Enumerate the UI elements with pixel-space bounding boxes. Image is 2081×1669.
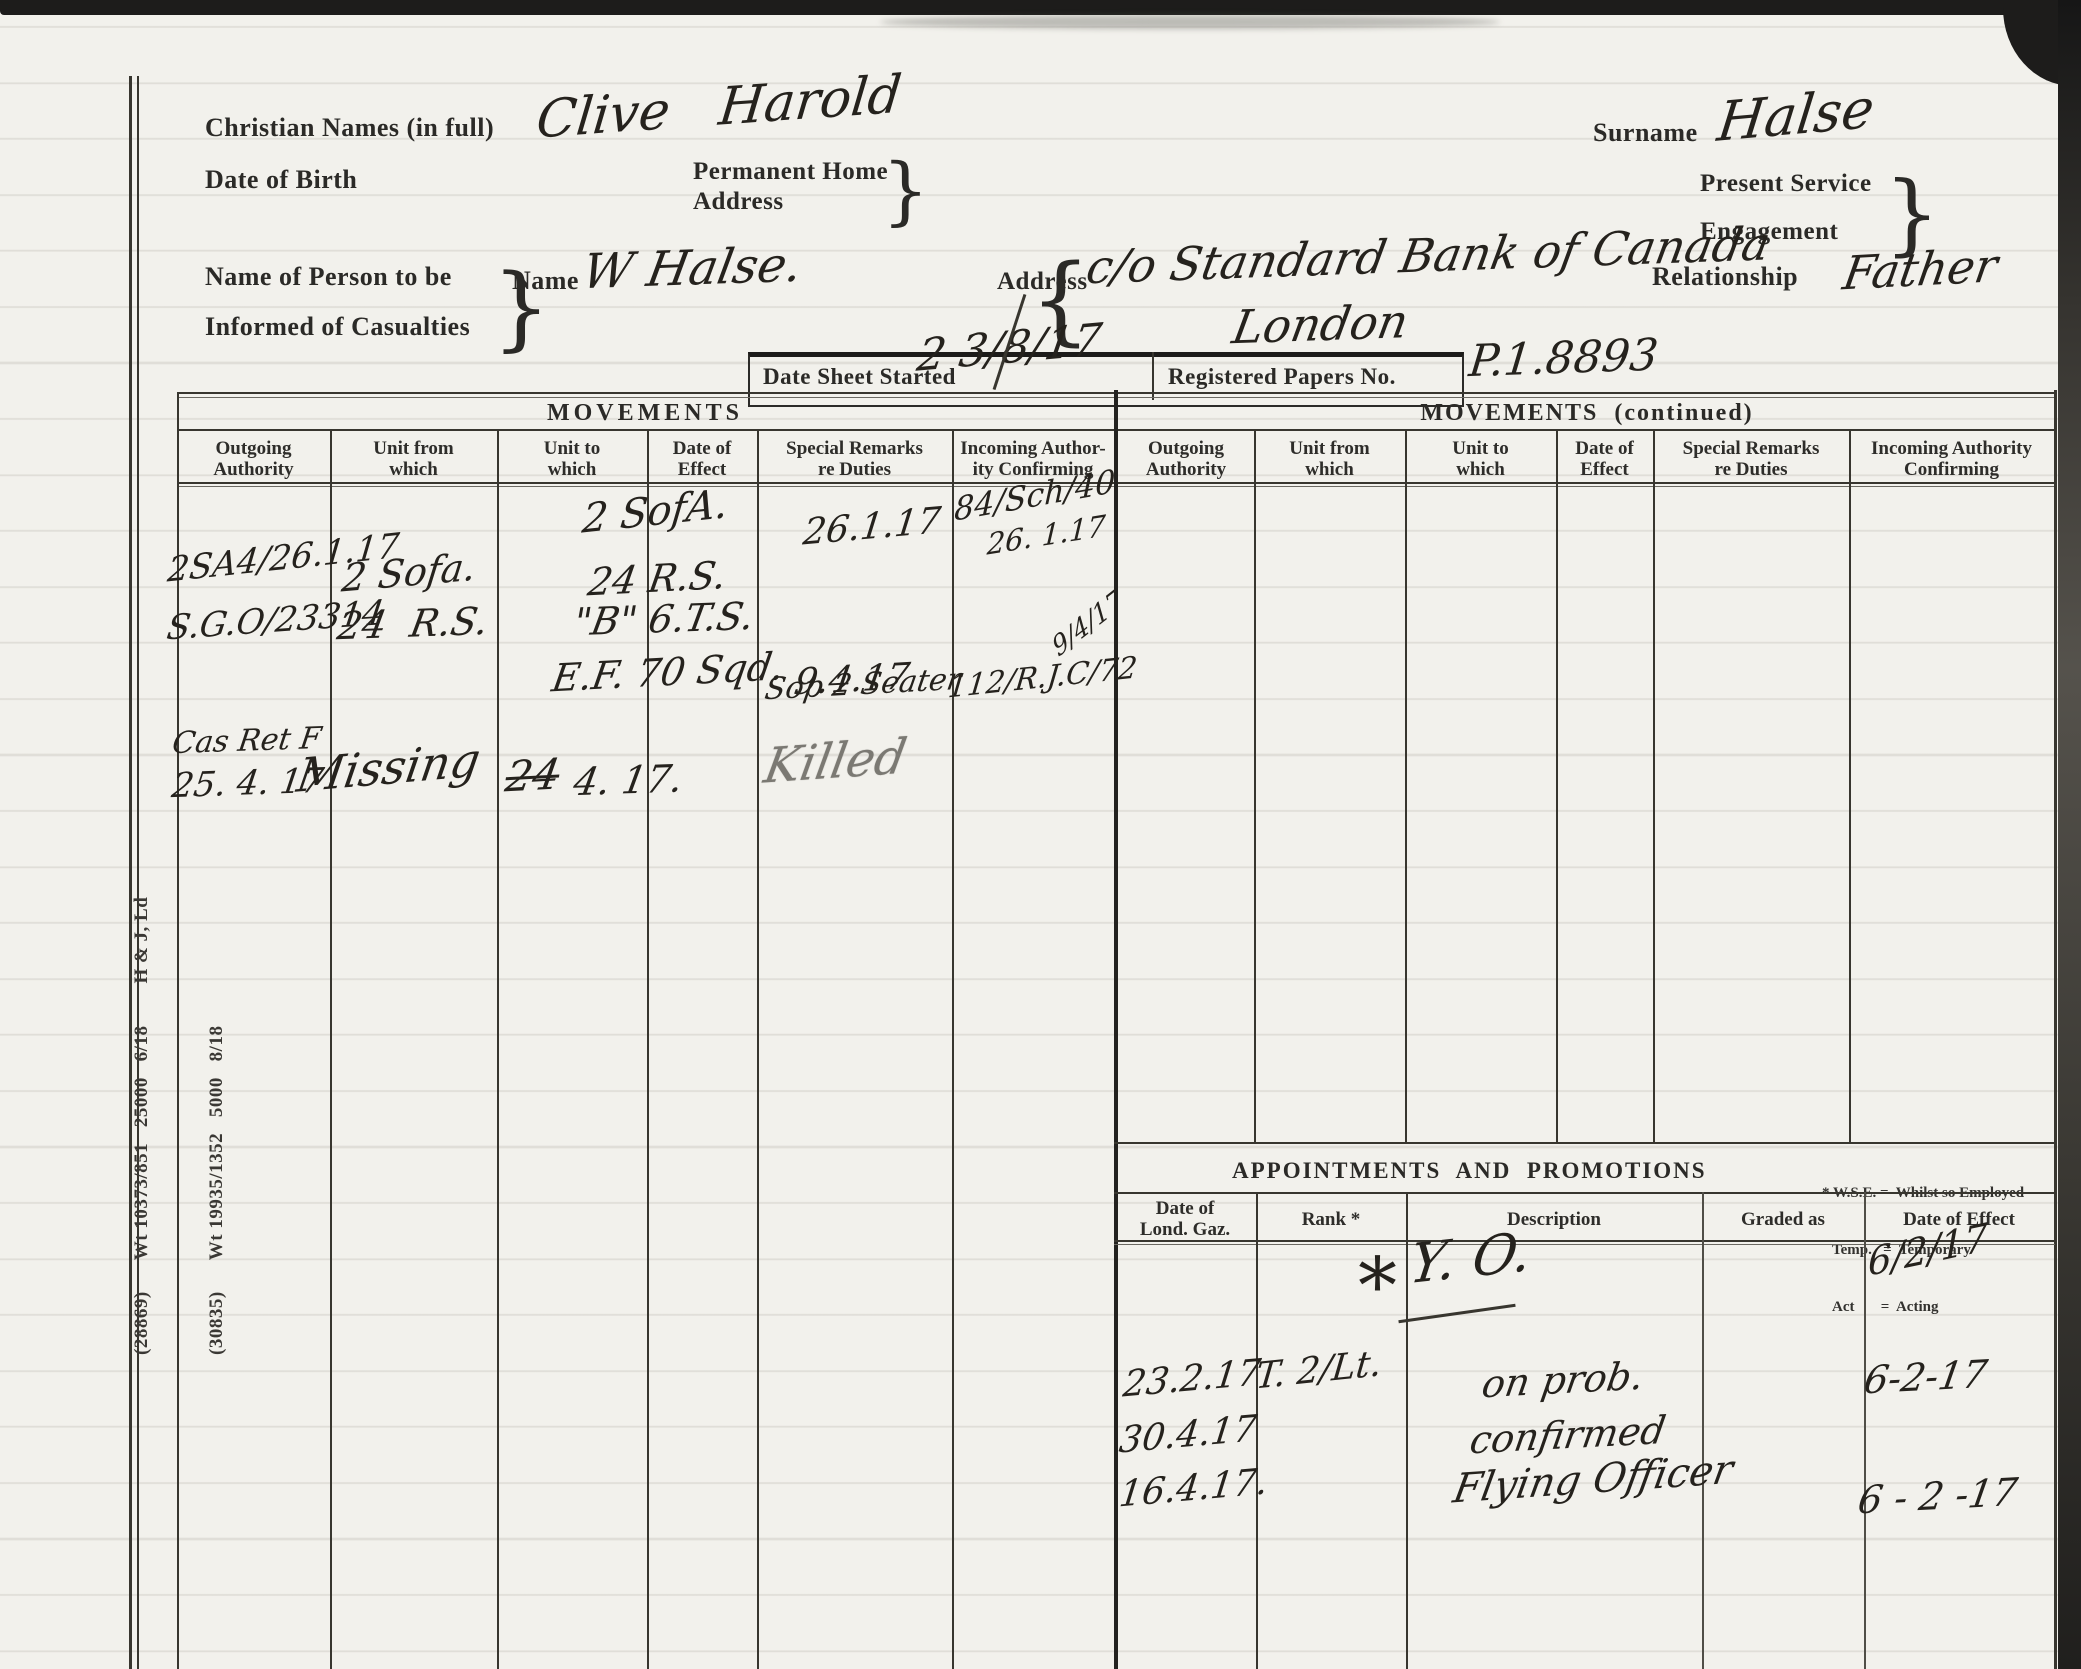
person-informed-label-2: Informed of Casualties [205, 312, 470, 342]
movements-col-2 [497, 429, 499, 1669]
col-header-line: Lond. Gaz. [1140, 1219, 1230, 1240]
col-header-line: Special Remarks [1683, 438, 1820, 459]
col-header-line: which [1456, 459, 1505, 480]
movements2-col-2 [1405, 429, 1407, 1142]
col-header-graded-as: Graded as [1702, 1196, 1864, 1242]
col-header-date-of-effect: Date ofEffect [1556, 436, 1653, 482]
movements-continued-title: MOVEMENTS (continued) [1320, 400, 1854, 427]
movements2-col-4 [1653, 429, 1655, 1142]
col-header-line: Date of [673, 438, 732, 459]
handwritten-entry: 6 - 2 -17 [1855, 1470, 2020, 1523]
col-header-special-remarks: Special Remarksre Duties [757, 436, 952, 482]
scan-edge-top [0, 0, 2081, 15]
col-header-rank: Rank * [1256, 1196, 1406, 1242]
col-header-line: Incoming Author- [960, 438, 1106, 459]
col-header-line: Rank * [1302, 1209, 1361, 1230]
col-header-line: re Duties [818, 459, 891, 480]
appointments-title: APPOINTMENTS AND PROMOTIONS [1232, 1158, 1632, 1184]
handwritten-entry: 24 R.S. [334, 599, 492, 649]
permanent-home-label-2: Address [693, 188, 784, 216]
col-header-line: Authority [213, 459, 293, 480]
col-header-line: Effect [678, 459, 727, 480]
col-header-line: Date of [1156, 1198, 1215, 1219]
handwritten-entry: 4. 17. [570, 756, 687, 804]
handwritten-entry-struck: 24 [502, 749, 563, 801]
star-mark: * [1358, 1242, 1397, 1332]
christian-names-label: Christian Names (in full) [205, 113, 494, 143]
col-header-line: which [389, 459, 438, 480]
col-header-unit-to: Unit towhich [1405, 436, 1556, 482]
registered-papers-value: P.1.8893 [1467, 329, 1661, 387]
col-header-line: Confirming [1904, 459, 1999, 480]
present-service-label-1: Present Service [1700, 170, 1872, 198]
col-header-line: re Duties [1715, 459, 1788, 480]
registered-papers-label: Registered Papers No. [1168, 364, 1396, 390]
col-header-line: Effect [1580, 459, 1629, 480]
col-header-line: Outgoing [1148, 438, 1224, 459]
col-header-line: Graded as [1741, 1209, 1825, 1230]
col-header-line: Unit from [1289, 438, 1369, 459]
col-header-outgoing-authority: OutgoingAuthority [1118, 436, 1254, 482]
appointments-col-2 [1406, 1192, 1408, 1669]
col-header-line: Unit to [544, 438, 600, 459]
col-header-line: Special Remarks [786, 438, 923, 459]
handwritten-entry-pencil: Killed [760, 728, 911, 795]
col-header-line: which [1305, 459, 1354, 480]
handwritten-entry: 6-2-17 [1861, 1352, 1990, 1403]
col-header-line: Unit to [1452, 438, 1508, 459]
col-header-line: Authority [1146, 459, 1226, 480]
col-header-line: Outgoing [215, 438, 291, 459]
movements2-col-3 [1556, 429, 1558, 1142]
title-underline-left [177, 429, 1114, 431]
permanent-home-brace: } [882, 148, 929, 234]
col-header-date-of-lond-gaz: Date ofLond. Gaz. [1114, 1196, 1256, 1242]
col-header-line: Incoming Authority [1871, 438, 2032, 459]
movements-title: MOVEMENTS [445, 400, 845, 427]
name-label: Name [512, 266, 579, 296]
col-header-outgoing-authority: OutgoingAuthority [177, 436, 330, 482]
appointments-col-4 [1864, 1192, 1866, 1669]
col-header-unit-from: Unit fromwhich [1254, 436, 1405, 482]
appointments-top-line [1114, 1142, 2055, 1144]
name-value: W Halse. [578, 236, 807, 300]
center-divider [1114, 390, 1118, 1669]
appointments-col-1 [1256, 1192, 1258, 1669]
appointments-col-3 [1702, 1192, 1704, 1669]
legend-line: Act = Acting [1822, 1298, 2024, 1317]
col-header-special-remarks: Special Remarksre Duties [1653, 436, 1849, 482]
surname-label: Surname [1593, 118, 1698, 148]
permanent-home-label-1: Permanent Home [693, 158, 888, 186]
col-header-line: Unit from [373, 438, 453, 459]
printer-imprint-line: (28869) Wt 10373/851 25000 6/18 H & J, L… [129, 835, 154, 1355]
movements2-col-5 [1849, 429, 1851, 1142]
relationship-value: Father [1839, 238, 2001, 301]
movements-col-5 [952, 429, 954, 1669]
tables-right-edge [2054, 390, 2057, 1669]
relationship-label: Relationship [1652, 262, 1798, 292]
col-header-unit-to: Unit towhich [497, 436, 647, 482]
handwritten-entry: on prob. [1479, 1354, 1647, 1407]
person-informed-label-1: Name of Person to be [205, 262, 452, 292]
handwritten-entry: "B" 6.T.S. [570, 594, 758, 645]
col-header-unit-from: Unit fromwhich [330, 436, 497, 482]
printer-imprint: (28869) Wt 10373/851 25000 6/18 H & J, L… [79, 835, 131, 1355]
movements-col-4 [757, 429, 759, 1669]
col-header-incoming-authority: Incoming AuthorityConfirming [1849, 436, 2054, 482]
scan-edge-right [2058, 0, 2081, 1669]
col-header-line: which [548, 459, 597, 480]
date-of-birth-label: Date of Birth [205, 165, 357, 195]
scan-edge-top-smudge [880, 15, 1500, 29]
address-value-line2: London [1228, 294, 1412, 354]
movements2-col-1 [1254, 429, 1256, 1142]
col-header-line: Date of [1575, 438, 1634, 459]
col-header-date-of-effect: Date ofEffect [647, 436, 757, 482]
printer-imprint-line: (30835) Wt 19935/1352 5000 8/18 [204, 835, 229, 1355]
